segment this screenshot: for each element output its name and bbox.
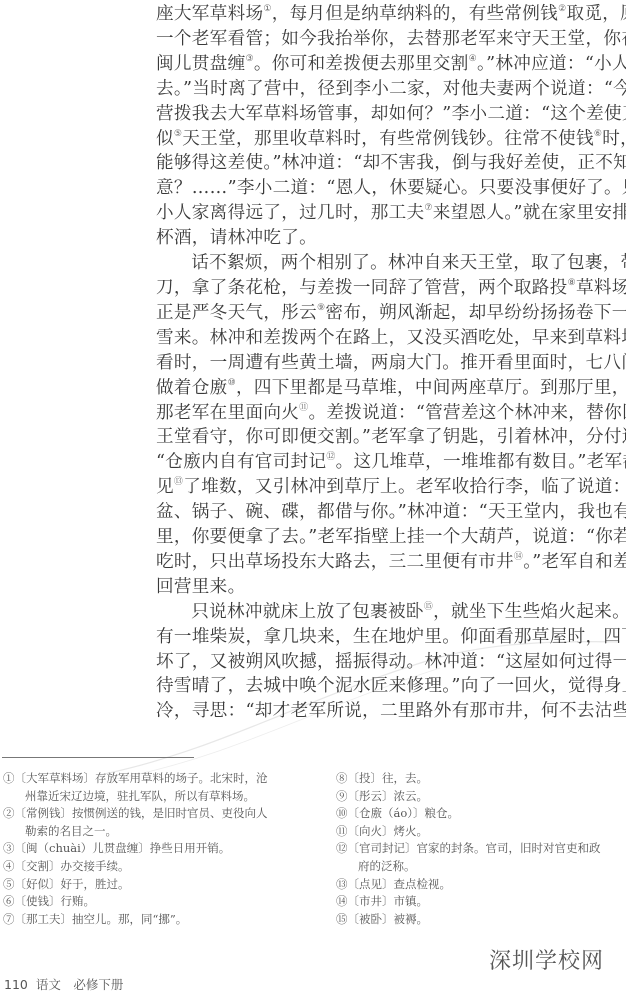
footnote-item: ③〔闽（chuài）儿贯盘缠〕挣些日用开销。: [3, 840, 303, 858]
watermark: 深圳学校网: [489, 944, 604, 975]
footnote-marker[interactable]: ⑤: [174, 129, 182, 139]
footnote-item: ⑨〔彤云〕浓云。: [336, 788, 626, 806]
footnote-marker[interactable]: ⑪: [299, 403, 308, 413]
footnote-term: 〔好似〕: [15, 877, 61, 891]
footnote-divider: [2, 757, 194, 758]
footnote-number: ⑥: [3, 894, 15, 908]
footnote-term: 〔常例钱〕: [15, 806, 73, 820]
footnote-text: 行贿。: [61, 894, 96, 908]
footnote-text: 好于，胜过。: [61, 877, 130, 891]
footnote-text: 被褥。: [394, 912, 429, 926]
footnote-term: 〔市井〕: [348, 894, 394, 908]
footnote-number: ⑭: [336, 894, 348, 908]
footnote-number: ⑦: [3, 912, 15, 926]
footnote-item: ⑤〔好似〕好于，胜过。: [3, 876, 303, 894]
footnote-number: ③: [3, 841, 15, 855]
footnote-item: ①〔大军草料场〕存放军用草料的场子。北宋时，沧州靠近宋辽边境，驻扎军队，所以有草…: [3, 770, 303, 805]
footnote-item: ⑬〔点见〕查点检视。: [336, 876, 626, 894]
text-line: 那老军在里面向火⑪。差拨说道：“管营差这个林冲来，替你回天: [156, 401, 622, 426]
footnote-text: 往，去。: [382, 771, 428, 785]
footnote-marker[interactable]: ③: [245, 54, 253, 64]
footnote-marker[interactable]: ⑦: [424, 203, 432, 213]
footnote-item: ⑭〔市井〕市镇。: [336, 893, 626, 911]
text-line: 看时，一周遭有些黄土墙，两扇大门。推开看里面时，七八间草屋: [156, 351, 622, 376]
text-line: 小人家离得远了，过几时，那工夫⑦来望恩人。”就在家里安排几: [156, 201, 622, 226]
footnote-text: 浓云。: [394, 789, 429, 803]
footnote-text: 查点检视。: [394, 877, 452, 891]
footnote-number: ⑬: [336, 877, 348, 891]
footnote-continuation: 府的泛称。: [336, 858, 626, 876]
footnote-marker[interactable]: ⑧: [568, 278, 576, 288]
text-line: 一个老军看管；如今我抬举你，去替那老军来守天王堂，你在那里: [156, 27, 622, 52]
text-line: 去。”当时离了营中，径到李小二家，对他夫妻两个说道：“今日管: [156, 77, 622, 102]
text-line: 吃时，只出草场投东大路去，三二里便有市井⑭。”老军自和差拨: [156, 550, 622, 575]
text-line: 有一堆柴炭，拿几块来，生在地炉里。仰面看那草屋时，四下里崩: [156, 625, 622, 650]
footnote-item: ⑦〔那工夫〕抽空儿。那，同“挪”。: [3, 911, 303, 929]
footnote-term: 〔被卧〕: [348, 912, 394, 926]
footnote-text: 办交接手续。: [61, 859, 130, 873]
text-line: 闽儿贯盘缠③。你可和差拨便去那里交割④。”林冲应道：“小人便: [156, 52, 622, 77]
footnotes-left: ①〔大军草料场〕存放军用草料的场子。北宋时，沧州靠近宋辽边境，驻扎军队，所以有草…: [3, 770, 303, 928]
paragraph: 座大军草料场①，每月但是纳草纳料的，有些常例钱②取觅，原是一个老军看管；如今我抬…: [156, 2, 622, 251]
text-line: 坏了，又被朔风吹撼，摇振得动。林冲道：“这屋如何过得一冬？: [156, 650, 622, 675]
footnote-continuation: 州靠近宋辽边境，驻扎军队，所以有草料场。: [3, 788, 303, 806]
footnote-marker[interactable]: ④: [469, 54, 477, 64]
footnote-number: ⑨: [336, 789, 348, 803]
text-line: 刀，拿了条花枪，与差拨一同辞了管营，两个取路投⑧草料场来。: [156, 276, 622, 301]
text-line: 意？……”李小二道：“恩人，休要疑心。只要没事便好了。只是: [156, 176, 622, 201]
footnote-term: 〔向火〕: [348, 824, 394, 838]
footnote-continuation: 勒索的名目之一。: [3, 823, 303, 841]
text-line: 冷，寻思：“却才老军所说，二里路外有那市井，何不去沽些酒来: [156, 699, 622, 724]
footnote-item: ②〔常例钱〕按惯例送的钱，是旧时官员、吏役向人勒索的名目之一。: [3, 805, 303, 840]
footnote-term: 〔彤云〕: [348, 789, 394, 803]
text-line: “仓廒内自有官司封记⑫。这几堆草，一堆堆都有数目。”老军都点: [156, 450, 622, 475]
footnote-marker[interactable]: ⑬: [174, 477, 183, 487]
paragraph: 只说林冲就床上放了包裹被卧⑮，就坐下生些焰火起来。屋后有一堆柴炭，拿几块来，生在…: [156, 600, 622, 725]
footnote-text: 存放军用草料的场子。北宋时，沧: [95, 771, 268, 785]
footnote-text: 市镇。: [394, 894, 429, 908]
footnote-term: 〔官司封记〕: [348, 841, 417, 855]
footnote-number: ⑩: [336, 806, 348, 820]
text-line: 见⑬了堆数，又引林冲到草厅上。老军收拾行李，临了说道：“火: [156, 475, 622, 500]
text-line: 营拨我去大军草料场管事，却如何？”李小二道：“这个差使又好: [156, 102, 622, 127]
footnote-term: 〔点见〕: [348, 877, 394, 891]
text-line: 雪来。林冲和差拨两个在路上，又没买酒吃处，早来到草料场外。: [156, 326, 622, 351]
main-text: 座大军草料场①，每月但是纳草纳料的，有些常例钱②取觅，原是一个老军看管；如今我抬…: [156, 2, 622, 724]
book-title: 语文 必修下册: [36, 977, 124, 992]
footnote-text: 挣些日用开销。: [150, 841, 231, 855]
text-line: 做着仓廒⑩，四下里都是马草堆，中间两座草厅。到那厅里，只见: [156, 376, 622, 401]
footnote-number: ①: [3, 771, 15, 785]
footnote-term: 〔仓廒（áo）〕: [348, 806, 425, 820]
text-line: 座大军草料场①，每月但是纳草纳料的，有些常例钱②取觅，原是: [156, 2, 622, 27]
footnote-text: 官家的封条。官司，旧时对官吏和政: [417, 841, 601, 855]
page-number: 110: [4, 977, 28, 992]
footnote-number: ⑧: [336, 771, 348, 785]
footnote-text: 抽空儿。那，同“挪”。: [72, 912, 187, 926]
text-line: 只说林冲就床上放了包裹被卧⑮，就坐下生些焰火起来。屋后: [156, 600, 622, 625]
footnote-item: ⑧〔投〕往，去。: [336, 770, 626, 788]
footnote-number: ②: [3, 806, 15, 820]
footnote-marker[interactable]: ⑨: [317, 303, 325, 313]
footnote-text: 烤火。: [394, 824, 429, 838]
text-line: 杯酒，请林冲吃了。: [156, 226, 622, 251]
footnote-marker[interactable]: ⑩: [228, 378, 236, 388]
footnote-term: 〔闽（chuài）儿贯盘缠〕: [15, 841, 150, 855]
text-line: 能够得这差使。”林冲道：“却不害我，倒与我好差使，正不知何: [156, 151, 622, 176]
footnote-marker[interactable]: ⑫: [326, 452, 335, 462]
footnote-term: 〔交割〕: [15, 859, 61, 873]
footnote-number: ④: [3, 859, 15, 873]
footnote-number: ⑫: [336, 841, 348, 855]
text-line: 回营里来。: [156, 575, 622, 600]
footnote-number: ⑮: [336, 912, 348, 926]
footnote-item: ⑪〔向火〕烤火。: [336, 823, 626, 841]
footnote-item: ⑥〔使钱〕行贿。: [3, 893, 303, 911]
footnote-number: ⑪: [336, 824, 348, 838]
text-line: 里，你要便拿了去。”老军指壁上挂一个大葫芦，说道：“你若买酒: [156, 525, 622, 550]
footnote-item: ⑫〔官司封记〕官家的封条。官司，旧时对官吏和政府的泛称。: [336, 840, 626, 875]
footnote-marker[interactable]: ⑮: [424, 602, 433, 612]
footnote-marker[interactable]: ②: [558, 4, 566, 14]
footnote-text: 粮仓。: [425, 806, 460, 820]
footnote-marker[interactable]: ①: [263, 4, 271, 14]
footnote-term: 〔大军草料场〕: [15, 771, 96, 785]
footnote-term: 〔使钱〕: [15, 894, 61, 908]
footnote-item: ④〔交割〕办交接手续。: [3, 858, 303, 876]
text-line: 盆、锅子、碗、碟，都借与你。”林冲道：“天王堂内，我也有在那: [156, 500, 622, 525]
text-line: 似⑤天王堂，那里收草料时，有些常例钱钞。往常不使钱⑥时，不: [156, 127, 622, 152]
text-line: 话不絮烦，两个相别了。林冲自来天王堂，取了包裹，带了尖: [156, 251, 622, 276]
footnote-term: 〔投〕: [348, 771, 383, 785]
text-line: 待雪晴了，去城中唤个泥水匠来修理。”向了一回火，觉得身上寒: [156, 674, 622, 699]
footnote-term: 〔那工夫〕: [15, 912, 73, 926]
footnote-number: ⑤: [3, 877, 15, 891]
footnote-marker[interactable]: ⑭: [514, 552, 523, 562]
text-line: 正是严冬天气，彤云⑨密布，朔风渐起，却早纷纷扬扬卷下一天大: [156, 301, 622, 326]
paragraph: 话不絮烦，两个相别了。林冲自来天王堂，取了包裹，带了尖刀，拿了条花枪，与差拨一同…: [156, 251, 622, 600]
footnote-item: ⑮〔被卧〕被褥。: [336, 911, 626, 929]
footnote-text: 按惯例送的钱，是旧时官员、吏役向人: [72, 806, 268, 820]
footnote-marker[interactable]: ⑥: [594, 129, 602, 139]
page-footer: 110 语文 必修下册: [4, 975, 123, 993]
footnote-item: ⑩〔仓廒（áo）〕粮仓。: [336, 805, 626, 823]
footnotes-right: ⑧〔投〕往，去。⑨〔彤云〕浓云。⑩〔仓廒（áo）〕粮仓。⑪〔向火〕烤火。⑫〔官司…: [336, 770, 626, 928]
text-line: 王堂看守，你可即便交割。”老军拿了钥匙，引着林冲，分付道：: [156, 425, 622, 450]
